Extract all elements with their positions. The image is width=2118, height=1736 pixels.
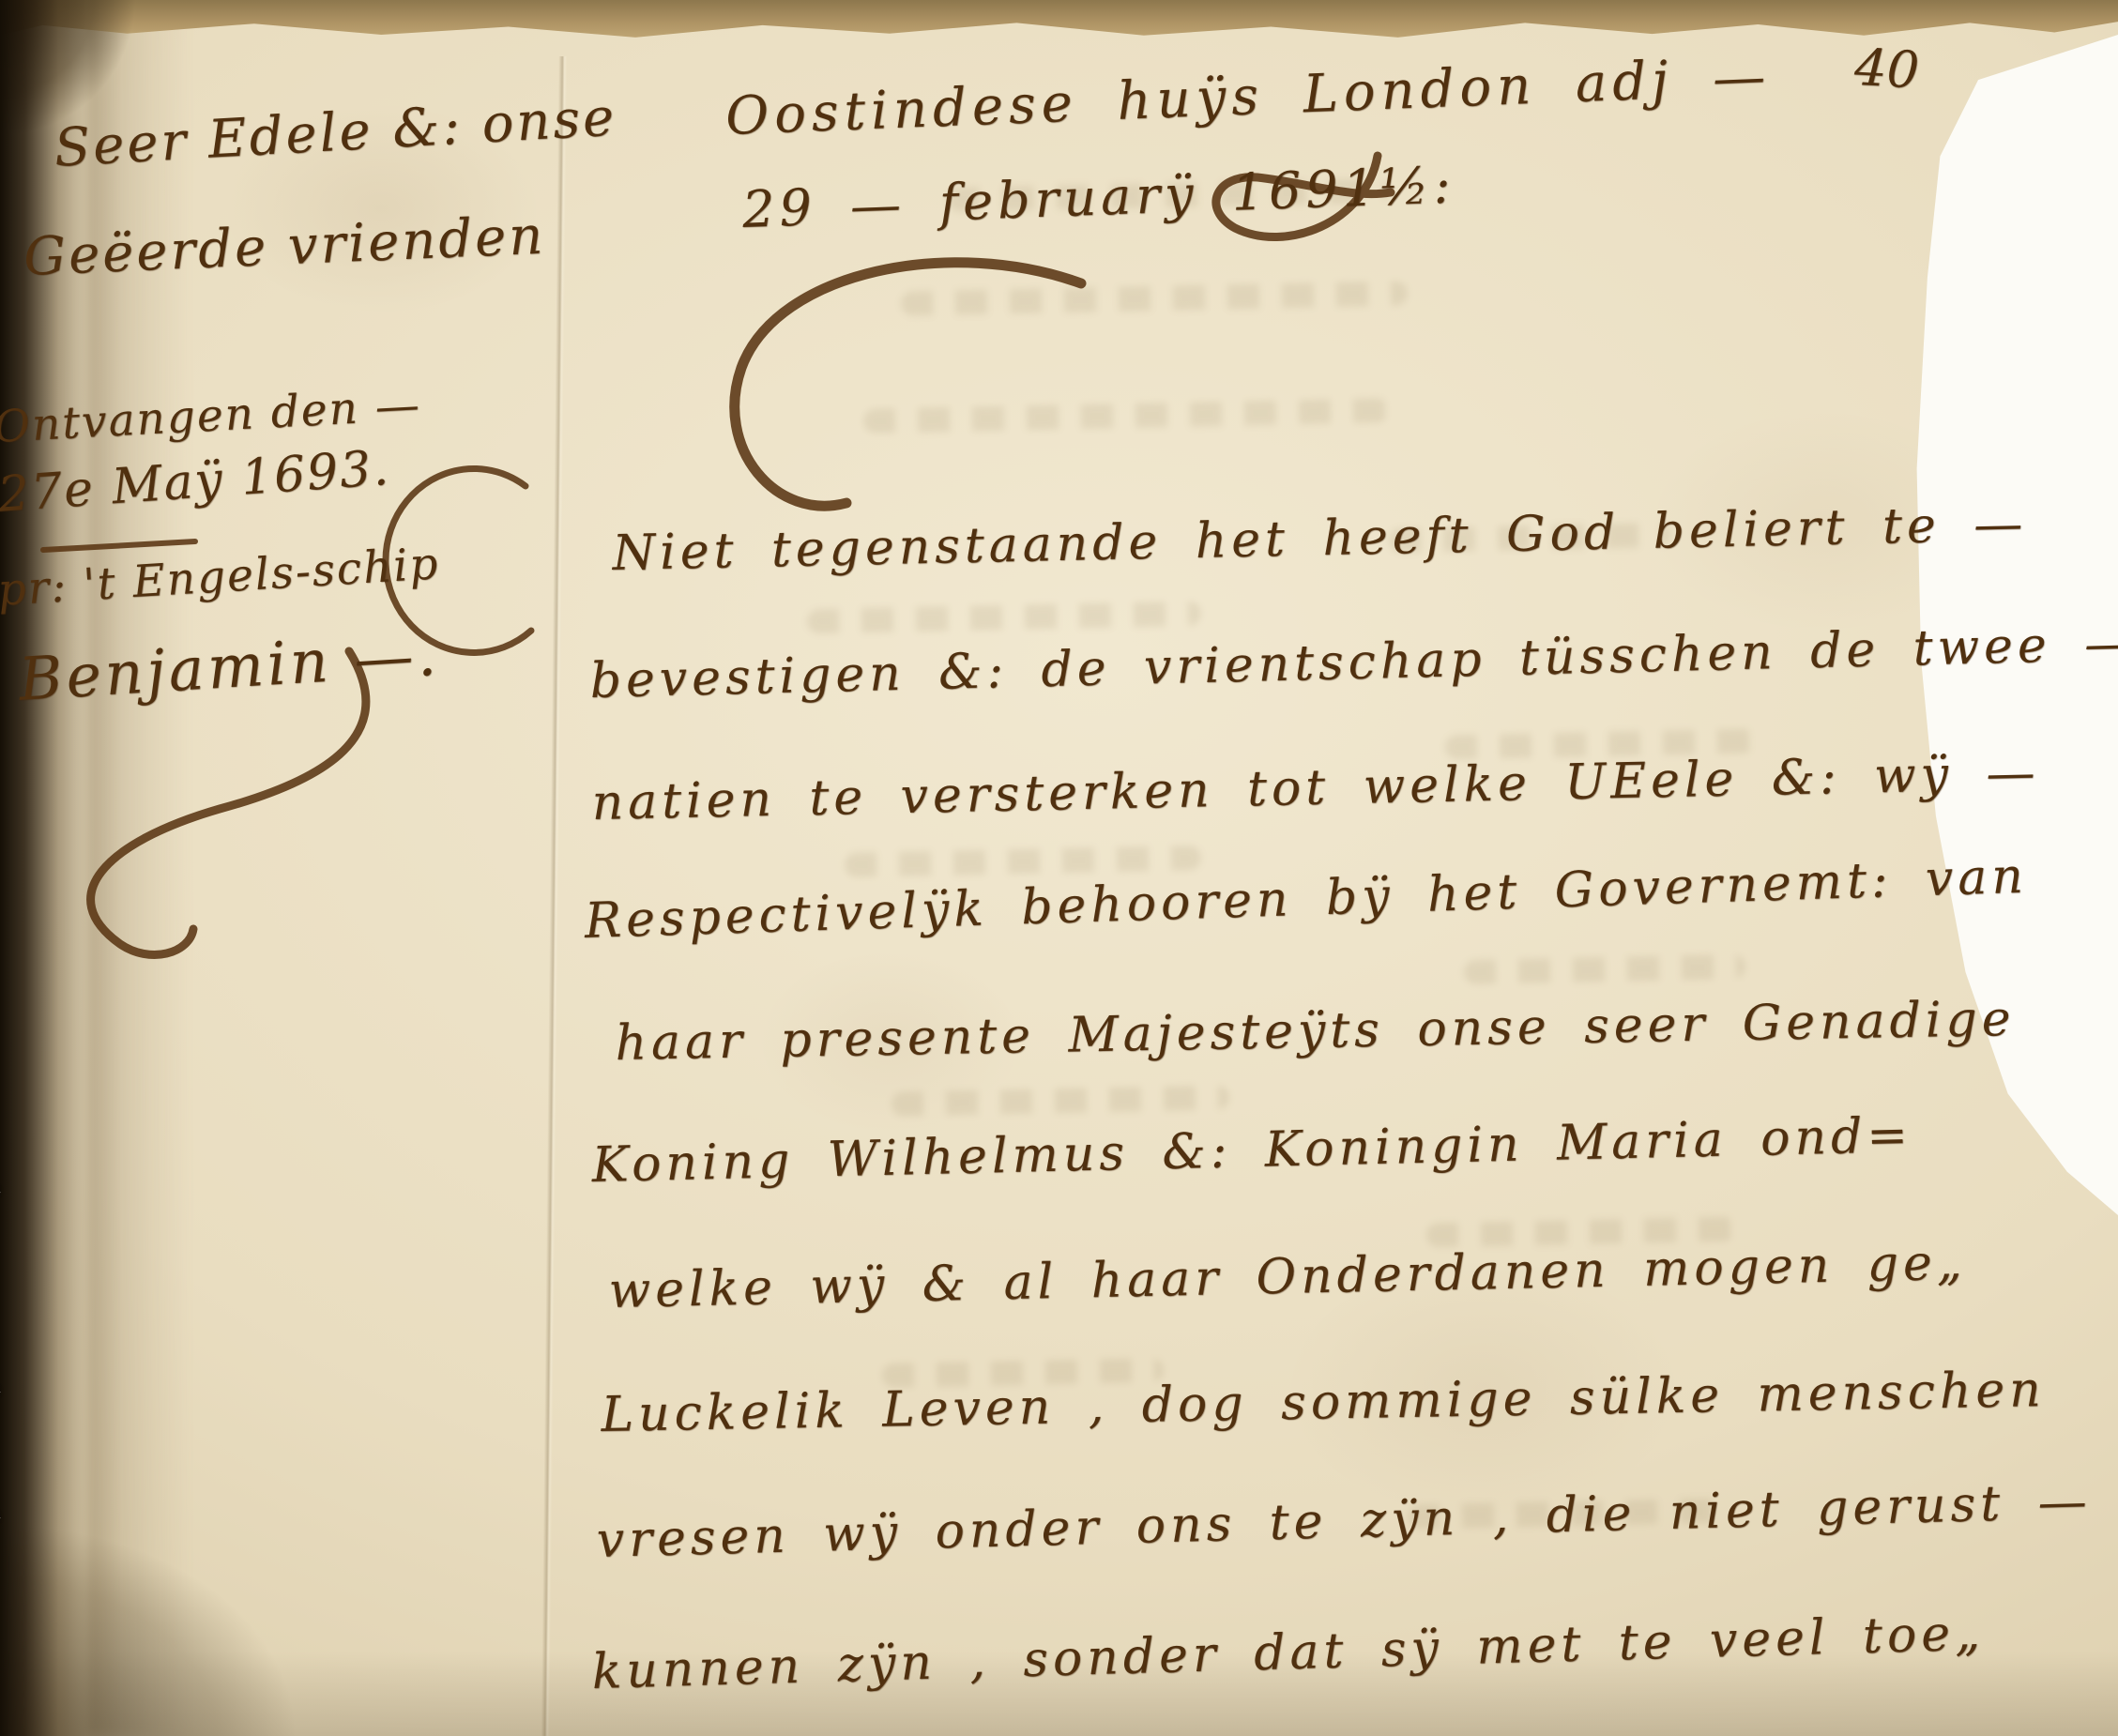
page-number: 40	[1853, 38, 1921, 100]
manuscript-scan: 40 Oostindese huÿs London adj — 29 — feb…	[0, 0, 2118, 1736]
archive-reference-label: NL-HaNA, VOC, 1.04.02, invnr. 4031	[0, 906, 4, 1732]
